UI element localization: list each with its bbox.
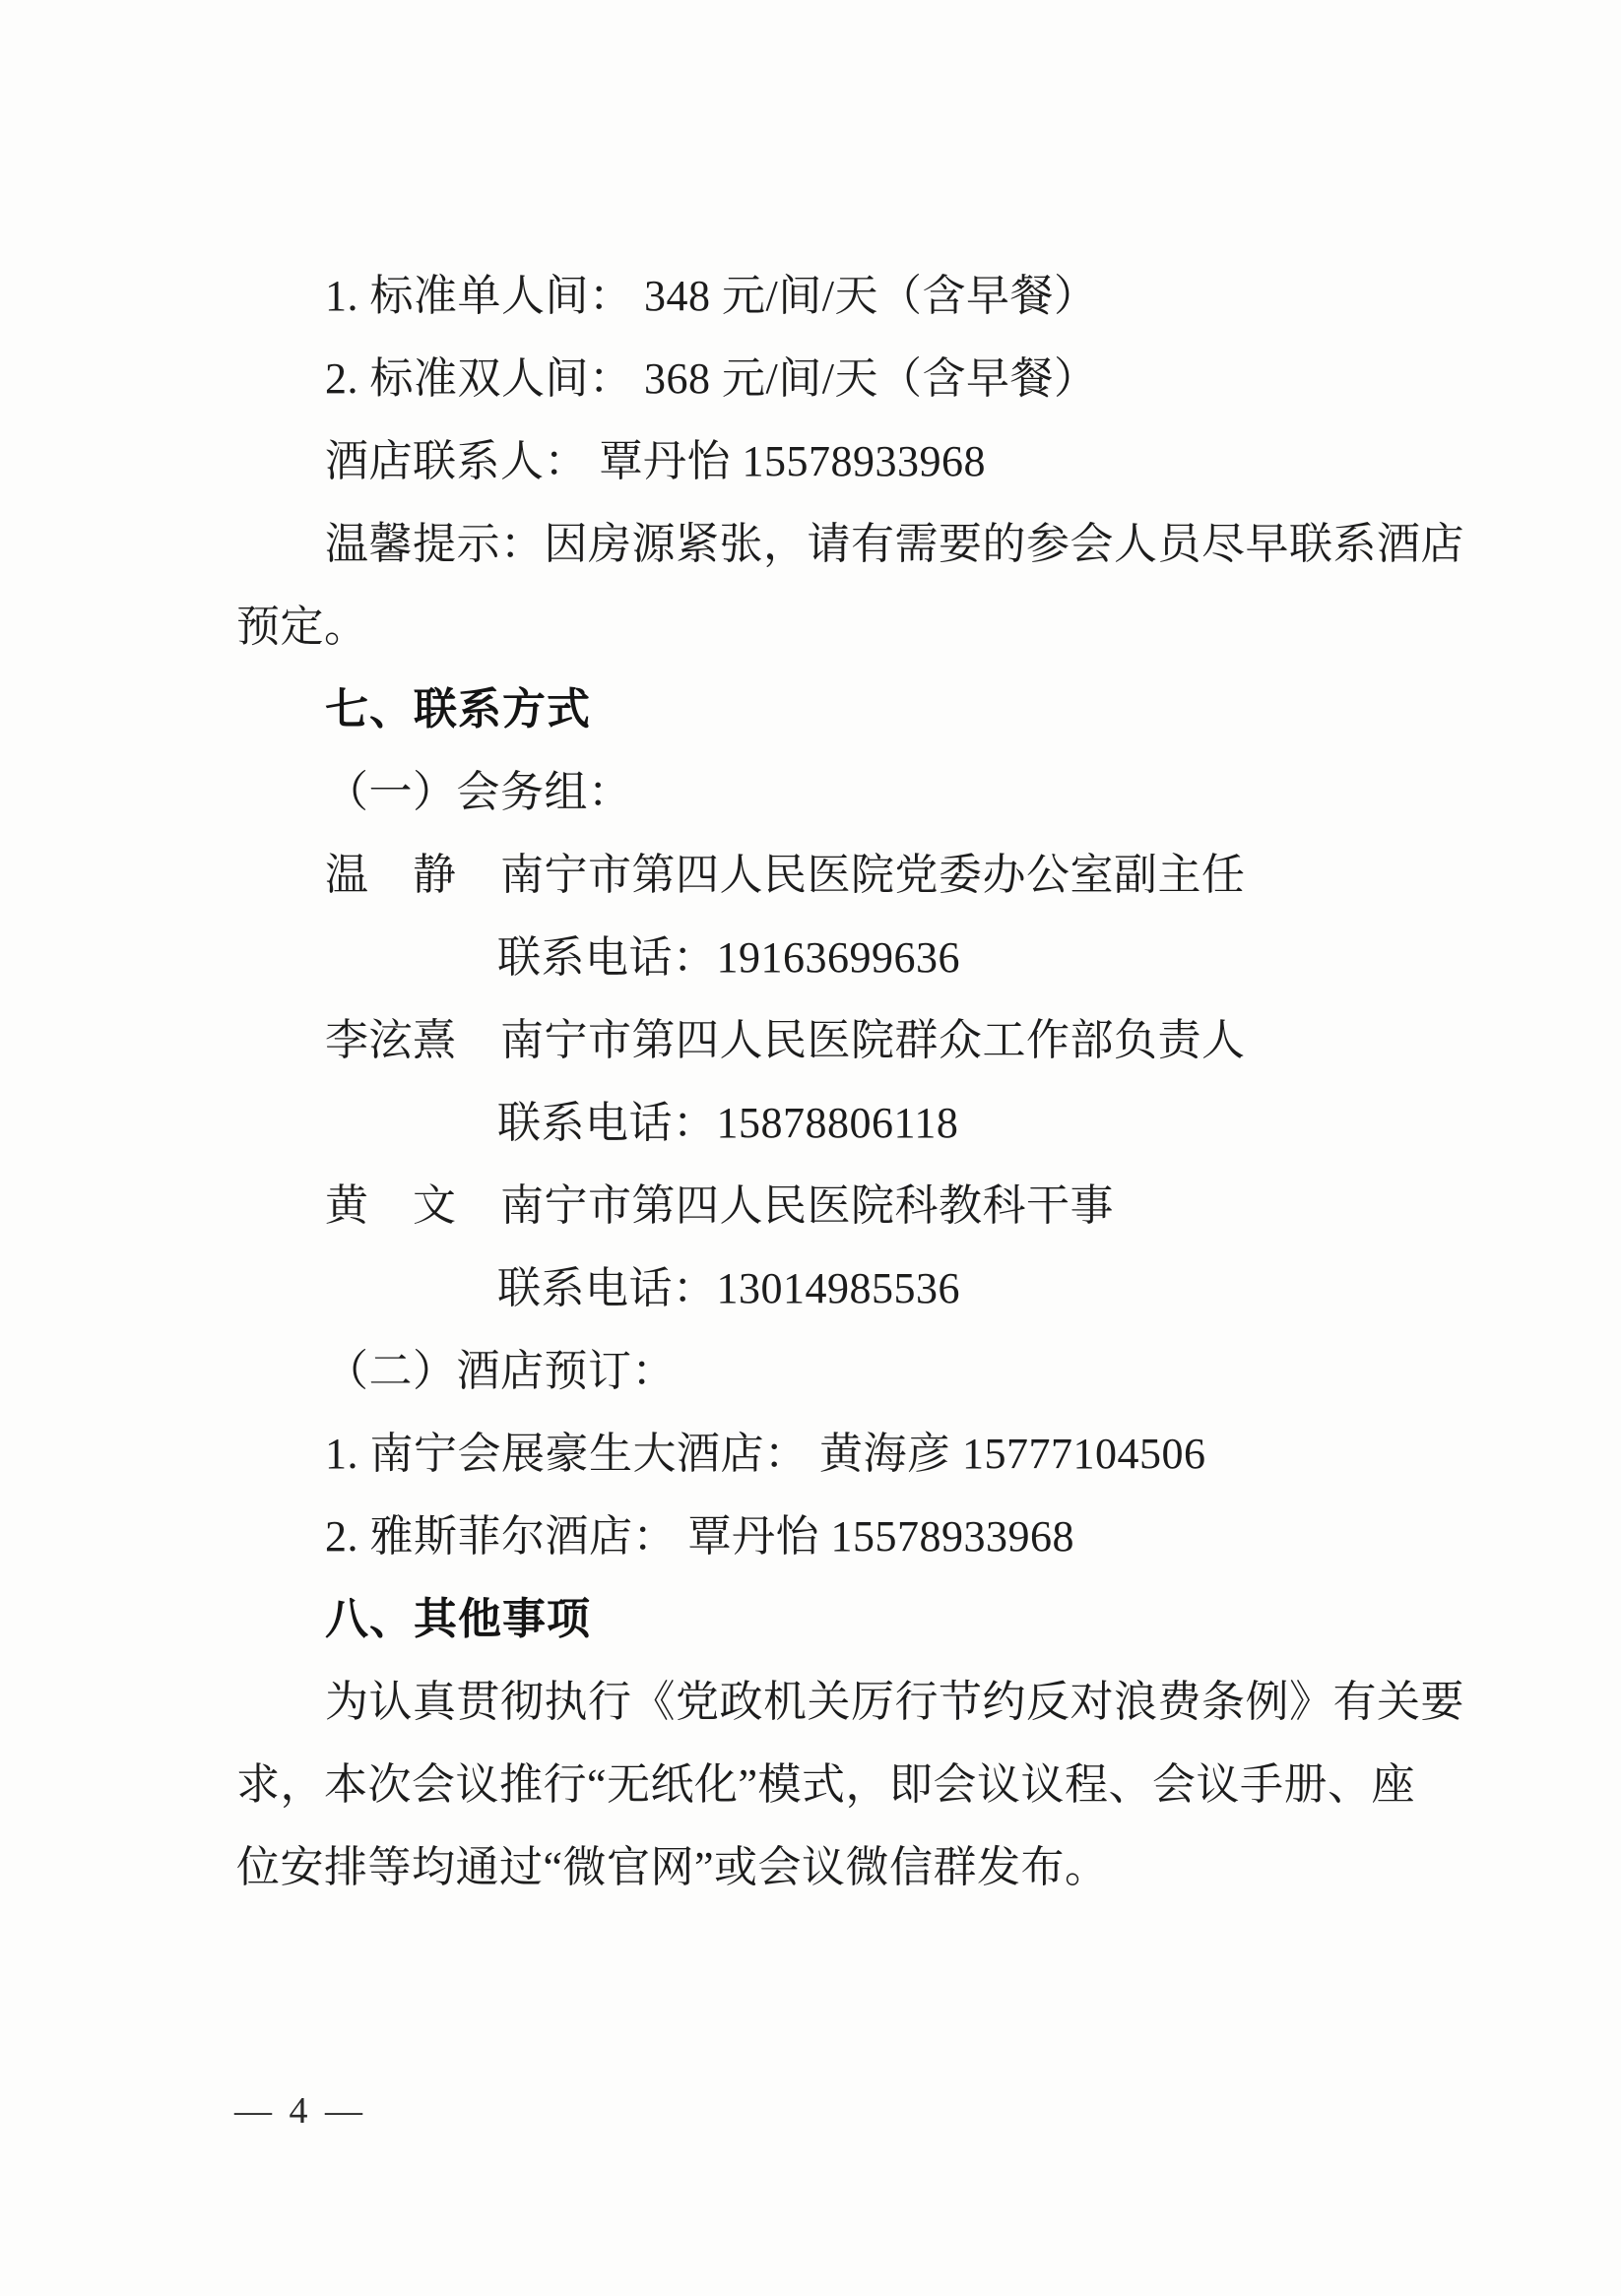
section-8-heading: 八、其他事项 bbox=[236, 1573, 1454, 1656]
subsection-1-heading: （一）会务组： bbox=[236, 746, 1454, 829]
hotel-booking-1-line: 1. 南宁会展豪生大酒店： 黄海彦 15777104506 bbox=[236, 1408, 1454, 1491]
contact-huangwen-line: 黄 文 南宁市第四人民医院科教科干事 bbox=[236, 1160, 1454, 1243]
contact-wenjing-line: 温 静 南宁市第四人民医院党委办公室副主任 bbox=[236, 829, 1454, 912]
contact-lixuanxi-line: 李泫熹 南宁市第四人民医院群众工作部负责人 bbox=[236, 994, 1454, 1077]
other-matters-line-2: 求，本次会议推行“无纸化”模式，即会议议程、会议手册、座 bbox=[236, 1739, 1454, 1821]
room-rate-double-line: 2. 标准双人间： 368 元/间/天（含早餐） bbox=[236, 333, 1454, 415]
document-body: 1. 标准单人间： 348 元/间/天（含早餐） 2. 标准双人间： 368 元… bbox=[236, 250, 1454, 1904]
contact-lixuanxi-phone-line: 联系电话：15878806118 bbox=[236, 1077, 1454, 1160]
contact-wenjing-phone-line: 联系电话：19163699636 bbox=[236, 912, 1454, 994]
document-page: 1. 标准单人间： 348 元/间/天（含早餐） 2. 标准双人间： 368 元… bbox=[0, 0, 1621, 2296]
hotel-contact-line: 酒店联系人： 覃丹怡 15578933968 bbox=[236, 415, 1454, 498]
room-rate-single-line: 1. 标准单人间： 348 元/间/天（含早餐） bbox=[236, 250, 1454, 333]
notice-line-1: 温馨提示：因房源紧张，请有需要的参会人员尽早联系酒店 bbox=[236, 498, 1454, 581]
subsection-2-heading: （二）酒店预订： bbox=[236, 1325, 1454, 1408]
contact-huangwen-phone-line: 联系电话：13014985536 bbox=[236, 1243, 1454, 1325]
other-matters-line-3: 位安排等均通过“微官网”或会议微信群发布。 bbox=[236, 1821, 1454, 1904]
section-7-heading: 七、联系方式 bbox=[236, 664, 1454, 746]
notice-line-2: 预定。 bbox=[236, 581, 1454, 664]
hotel-booking-2-line: 2. 雅斯菲尔酒店： 覃丹怡 15578933968 bbox=[236, 1491, 1454, 1573]
page-number: — 4 — bbox=[234, 2085, 366, 2137]
other-matters-line-1: 为认真贯彻执行《党政机关厉行节约反对浪费条例》有关要 bbox=[236, 1656, 1454, 1739]
